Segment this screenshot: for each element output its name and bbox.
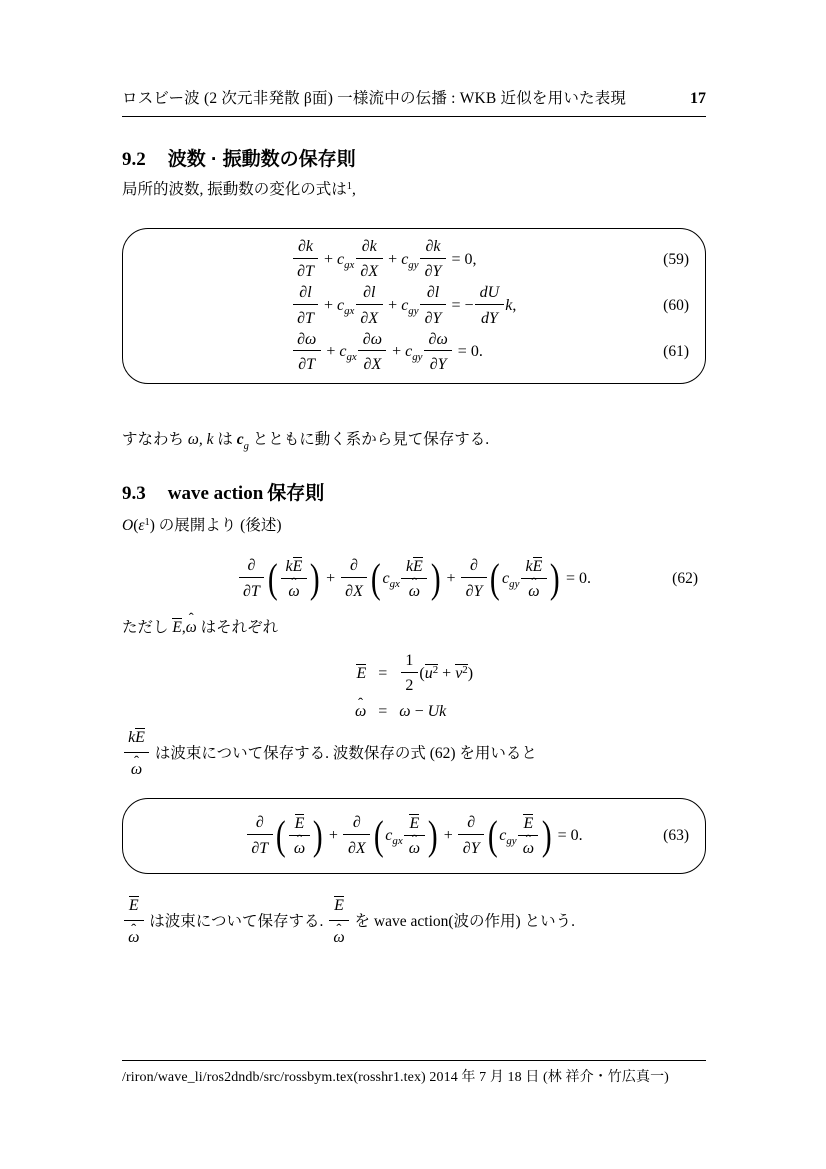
definition-rhs-E: 12(u2 + v2) — [399, 652, 473, 695]
equation-number: (61) — [663, 343, 689, 361]
page-header: ロスビー波 (2 次元非発散 β面) 一様流中の伝播 : WKB 近似を用いた表… — [122, 86, 706, 108]
section-title-jp: 保存則 — [267, 483, 324, 504]
section-heading-9-2: 9.2波数 · 振動数の保存則 — [122, 144, 356, 171]
definition-lhs-E: E — [356, 664, 366, 683]
equation-62: ∂∂T(kEˆω) + ∂∂X(cgxkEˆω) + ∂∂Y(cgykEˆω) … — [122, 546, 706, 612]
equation-number: (60) — [663, 297, 689, 315]
equation-content: ∂l∂T + cgx∂l∂X + cgy∂l∂Y = −dUdYk, — [291, 284, 516, 327]
equation-59: ∂k∂T + cgx∂k∂X + cgy∂k∂Y = 0, (59) — [123, 238, 705, 281]
equation-number: (59) — [663, 251, 689, 269]
running-title: ロスビー波 (2 次元非発散 β面) 一様流中の伝播 : WKB 近似を用いた表… — [122, 86, 626, 108]
equation-61: ∂ω∂T + cgx∂ω∂X + cgy∂ω∂Y = 0. (61) — [123, 331, 705, 374]
equation-60: ∂l∂T + cgx∂l∂X + cgy∂l∂Y = −dUdYk, (60) — [123, 284, 705, 327]
equation-number: (63) — [663, 827, 689, 845]
equation-content: ∂∂T(kEˆω) + ∂∂X(cgxkEˆω) + ∂∂Y(cgykEˆω) … — [237, 557, 591, 601]
page-number: 17 — [690, 90, 706, 108]
footer-rule — [122, 1060, 706, 1061]
definition-equations: E = 12(u2 + v2) ˆω = ω − Uk — [122, 652, 706, 721]
equation-content: ∂k∂T + cgx∂k∂X + cgy∂k∂Y = 0, — [291, 238, 477, 281]
section-title: 波数 · 振動数の保存則 — [168, 149, 356, 170]
section-number: 9.3 — [122, 483, 146, 504]
aligned-equations: E = 12(u2 + v2) ˆω = ω − Uk — [355, 652, 473, 721]
equation-content: ∂∂T(Eˆω) + ∂∂X(cgxEˆω) + ∂∂Y(cgyEˆω) = 0… — [245, 814, 582, 858]
paragraph-wave-packet: kEˆω は波束について保存する. 波数保存の式 (62) を用いると — [122, 726, 716, 783]
paragraph-expansion: O(ε1) の展開より (後述) — [122, 514, 716, 538]
definition-lhs-omega: ˆω — [355, 703, 366, 721]
section-number: 9.2 — [122, 149, 146, 170]
footer-text: /riron/wave_li/ros2dndb/src/rossbym.tex(… — [122, 1066, 722, 1086]
paragraph-wave-action: Eˆω は波束について保存する. Eˆω を wave action(波の作用)… — [122, 894, 716, 951]
header-rule — [122, 116, 706, 117]
equation-content: ∂ω∂T + cgx∂ω∂X + cgy∂ω∂Y = 0. — [291, 331, 483, 374]
equation-box-2: ∂∂T(Eˆω) + ∂∂X(cgxEˆω) + ∂∂Y(cgyEˆω) = 0… — [122, 798, 706, 874]
paragraph-intro: 局所的波数, 振動数の変化の式は1, — [122, 178, 716, 202]
definition-rhs-omega: ω − Uk — [399, 703, 473, 721]
equation-63: ∂∂T(Eˆω) + ∂∂X(cgxEˆω) + ∂∂Y(cgyEˆω) = 0… — [123, 799, 705, 873]
equals-sign: = — [378, 665, 387, 683]
section-title-en: wave action — [168, 483, 264, 504]
equation-number: (62) — [672, 570, 698, 588]
paragraph-definitions-intro: ただし E,ˆω はそれぞれ — [122, 616, 716, 640]
equation-box-1: ∂k∂T + cgx∂k∂X + cgy∂k∂Y = 0, (59) ∂l∂T … — [122, 228, 706, 384]
paragraph-conservation-note: すなわち ω, k は cg とともに動く系から見て保存する. — [122, 428, 716, 452]
equals-sign: = — [378, 703, 387, 721]
section-heading-9-3: 9.3wave action保存則 — [122, 478, 324, 505]
document-page: ロスビー波 (2 次元非発散 β面) 一様流中の伝播 : WKB 近似を用いた表… — [0, 0, 826, 1169]
